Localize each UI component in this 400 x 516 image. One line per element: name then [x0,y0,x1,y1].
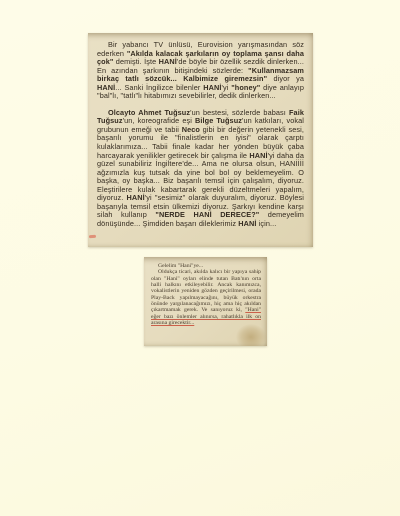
newspaper-clipping-small: Gelelim "Hani"ye... Oldukça ticari, akıl… [144,257,267,346]
clipping-small-paragraph: Oldukça ticari, akılda kalıcı bir yapıya… [151,269,261,326]
clipping-paragraph-2: Olcayto Ahmet Tuğsuz'un bestesi, sözlerd… [97,109,304,229]
paper-stain [236,324,266,346]
clipping-paragraph-1: Bir yabancı TV ünlüsü, Eurovision yarışm… [97,41,304,101]
red-pen-mark [89,235,96,238]
scrapbook-page: Bir yabancı TV ünlüsü, Eurovision yarışm… [0,0,400,516]
newspaper-clipping-main: Bir yabancı TV ünlüsü, Eurovision yarışm… [88,33,313,247]
